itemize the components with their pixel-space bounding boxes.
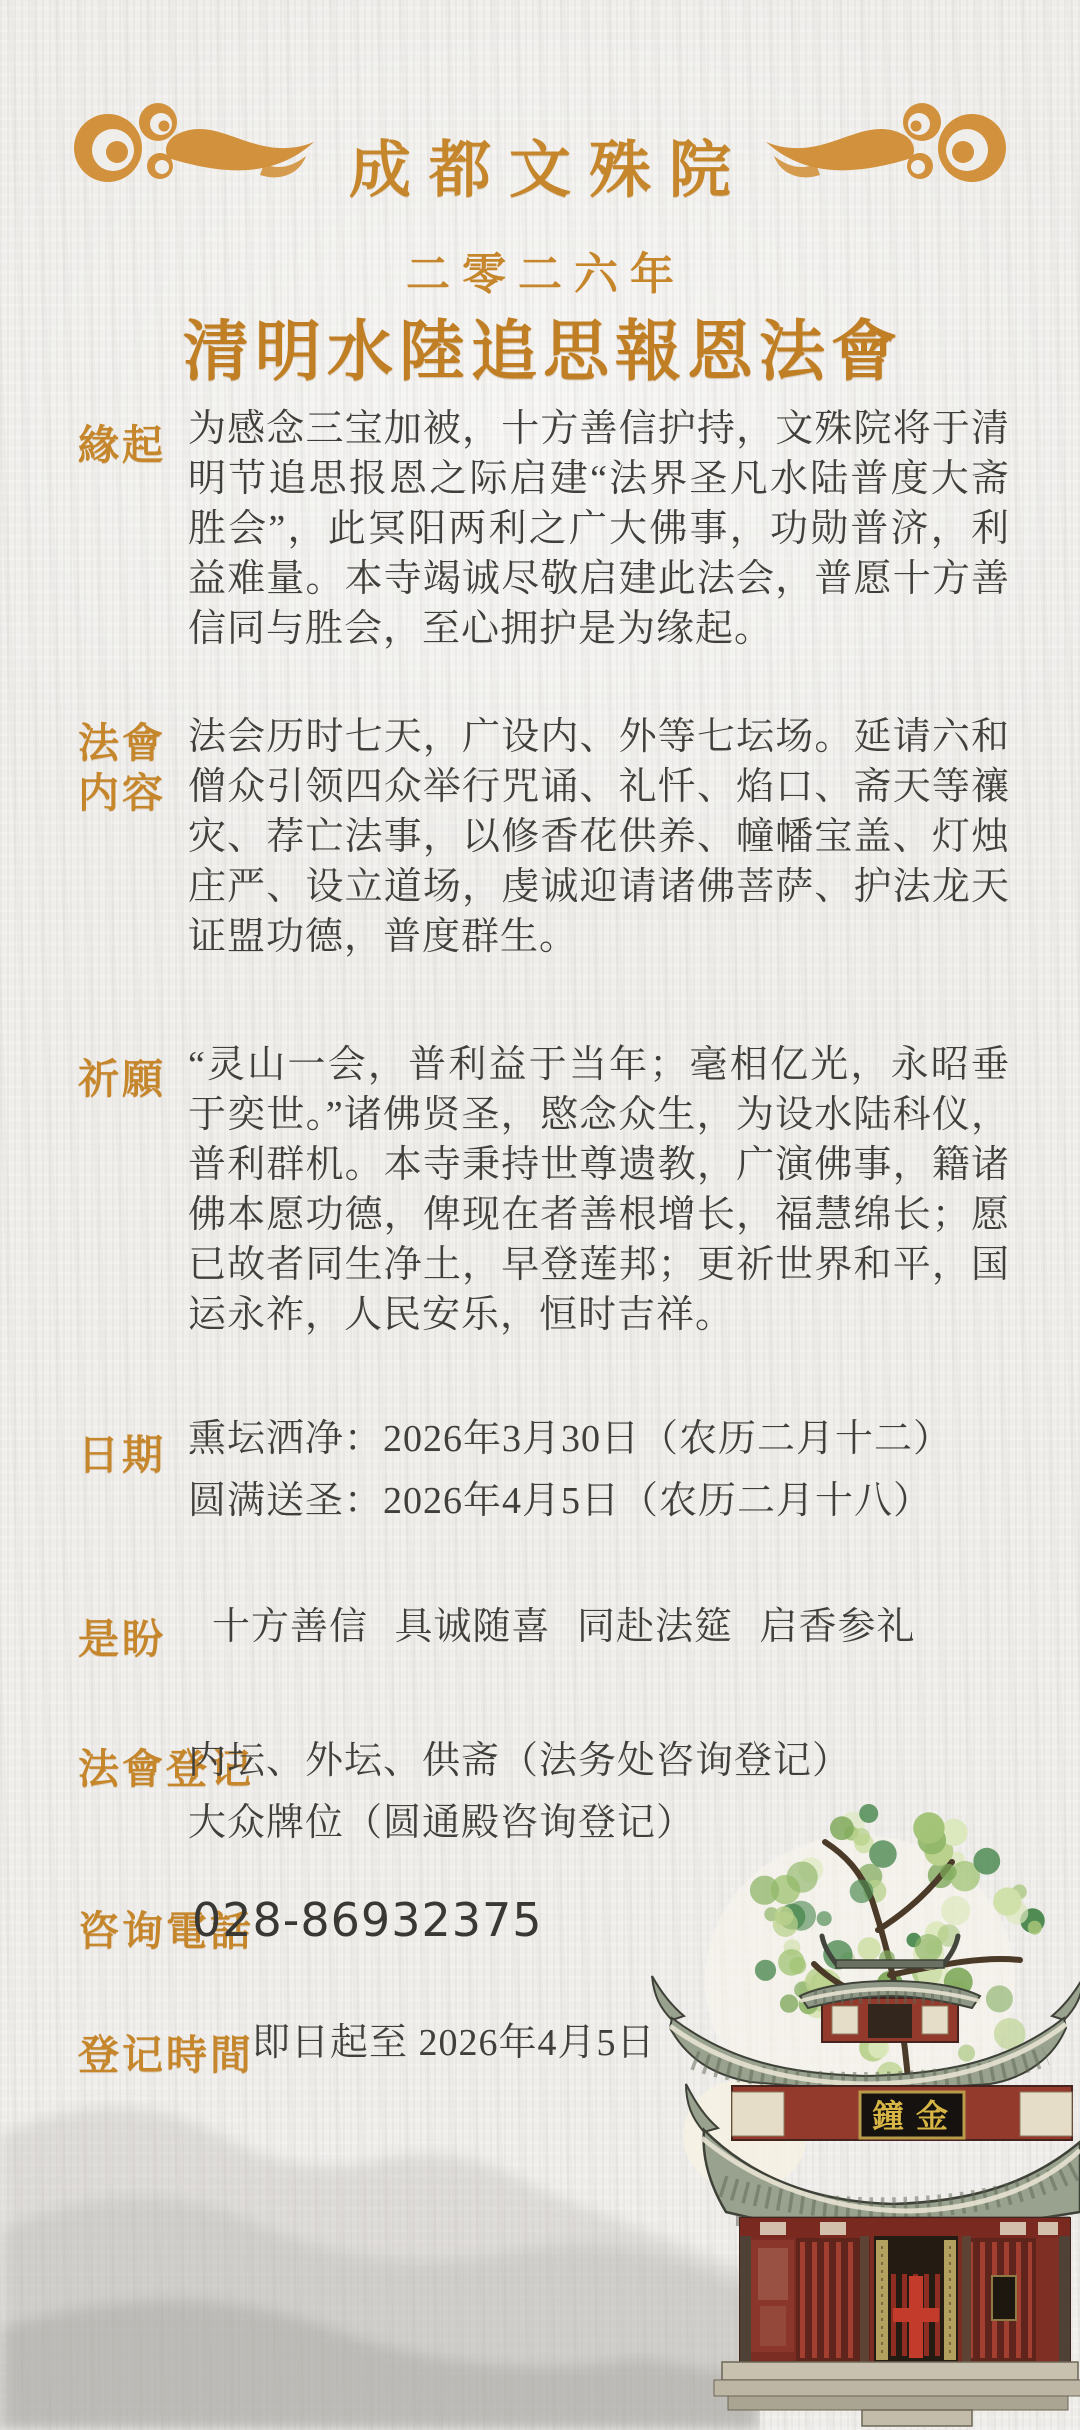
section-body-reg-time: 即日起至 2026年4月5日 [252, 2018, 1074, 2068]
section-body-registration: 内坛、外坛、供斋（法务处咨询登记） 大众牌位（圆通殿咨询登记） [188, 1730, 1010, 1854]
tower-plaque-storey: 鐘金 [732, 2086, 1072, 2140]
event-title: 清明水陸追思報恩法會 [0, 298, 1080, 393]
plaque-text: 鐘金 [872, 2098, 960, 2134]
date-line-closing: 圆满送圣：2026年4月5日（农历二月十八） [188, 1470, 1010, 1532]
section-label-content-line2: 内容 [78, 768, 166, 818]
section-body-prayer: “灵山一会，普利益于当年；毫相亿光，永昭垂于奕世。”诸佛贤圣，愍念众生，为设水陆… [188, 1040, 1010, 1340]
section-body-hope: 十方善信 具诚随喜 同赴法筵 启香参礼 [212, 1602, 1034, 1652]
temple-name: 成都文殊院 [0, 120, 1080, 209]
registration-line-altars: 内坛、外坛、供斋（法务处咨询登记） [188, 1730, 1010, 1792]
stone-base [714, 2362, 1080, 2426]
bell-tower-illustration: 鐘金 [610, 1770, 1080, 2430]
section-label-origin: 緣起 [78, 412, 166, 471]
section-body-origin: 为感念三宝加被，十方善信护持，文殊院将于清明节追思报恩之际启建“法界圣凡水陆普度… [188, 404, 1010, 654]
section-body-content: 法会历时七天，广设内、外等七坛场。延请六和僧众引领四众举行咒诵、礼忏、焰口、斋天… [188, 712, 1010, 962]
temple-steps [862, 2410, 972, 2426]
section-label-content: 法會 内容 [78, 718, 166, 818]
wall-notice [758, 2248, 788, 2300]
registration-line-tablets: 大众牌位（圆通殿咨询登记） [188, 1792, 1010, 1854]
side-plaque [992, 2276, 1016, 2320]
section-label-dates: 日期 [78, 1422, 166, 1481]
tower-ground-storey [740, 2218, 1070, 2362]
year-line: 二零二六年 [0, 238, 1080, 302]
date-line-opening: 熏坛洒净：2026年3月30日（农历二月十二） [188, 1408, 1010, 1470]
wall-notice [760, 2306, 786, 2346]
section-body-dates: 熏坛洒净：2026年3月30日（农历二月十二） 圆满送圣：2026年4月5日（农… [188, 1408, 1010, 1532]
section-label-content-line1: 法會 [78, 718, 166, 768]
section-label-hope: 是盼 [78, 1606, 166, 1665]
section-label-reg-time: 登记時間 [78, 2022, 254, 2081]
phone-number: 028-86932375 [192, 1894, 1014, 1946]
dharma-assembly-poster: 成都文殊院 二零二六年 清明水陸追思報恩法會 [0, 0, 1080, 2430]
section-label-prayer: 祈願 [78, 1046, 166, 1105]
